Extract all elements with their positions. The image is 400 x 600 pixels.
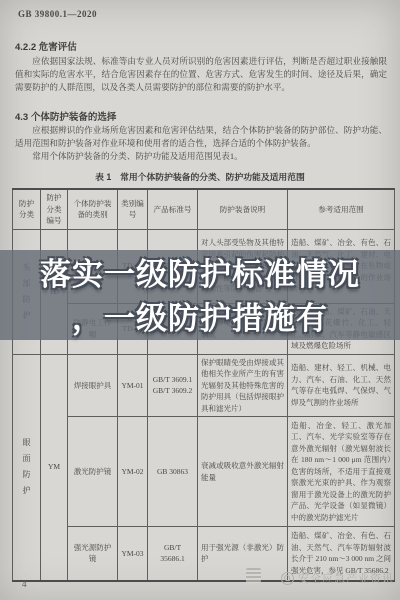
watermark: 安全应急产业资讯 [281, 570, 394, 586]
column-header-type-code: 类别编号 [118, 189, 148, 229]
ppe-classification-table: 防护分类 防护分类编号 个体防护装备的类别 类别编号 产品标准号 防护装备说明 … [12, 188, 395, 582]
document-number: GB 39800.1—2020 [18, 9, 97, 19]
table-row: 激光防护镜 YM-02 GB 30863 衰减或吸收意外激光辐射能量 造船、冶金… [13, 417, 395, 527]
section-43-paragraph-1: 应根据辨识的作业场所危害因素和危害评估结果，结合个体防护装备的防护部位、防护功能… [15, 124, 387, 150]
column-header-equipment-type: 个体防护装备的类别 [68, 189, 118, 229]
section-heading-422: 4.2.2 危害评估 [15, 39, 77, 53]
standard-cell: GB 30863 [148, 417, 198, 527]
column-header-category-code: 防护分类编号 [41, 189, 68, 229]
table-caption: 表 1 常用个体防护装备的分类、防护功能及适用范围 [0, 170, 400, 183]
type-code-cell: YM-03 [118, 527, 148, 581]
scope-cell: 造船、建材、轻工、机械、电力、汽车、石油、化工、天然气等存在电弧焊、气保焊、气焊… [288, 354, 395, 417]
section-422-paragraph: 应依据国家法规、标准等由专业人员对所识别的危害因素进行评估，判断是否超过职业接触… [15, 55, 387, 95]
column-header-category: 防护分类 [13, 189, 41, 229]
column-header-standard: 产品标准号 [148, 189, 198, 229]
equipment-name-cell: 焊接眼护具 [68, 354, 118, 417]
watermark-logo-icon [281, 572, 294, 585]
category-cell-eye-face-protection: 眼面防护 [13, 354, 41, 581]
overlay-caption-line1: 落实一级防护标准情况 [0, 253, 400, 297]
table-header-row: 防护分类 防护分类编号 个体防护装备的类别 类别编号 产品标准号 防护装备说明 … [13, 189, 395, 229]
category-code-cell: YM [41, 354, 68, 581]
type-code-cell: YM-02 [118, 417, 148, 527]
scanned-document-page: GB 39800.1—2020 4.2.2 危害评估 应依据国家法规、标准等由专… [0, 0, 400, 600]
equipment-name-cell: 强光源防护镜 [68, 527, 118, 581]
overlay-caption-line2: ，一级防护措施有 [0, 297, 400, 341]
standard-cell: GB/T 35686.1 [148, 527, 198, 581]
caption-overlay-banner: 落实一级防护标准情况 ，一级防护措施有 [0, 250, 400, 340]
standard-cell: GB/T 3609.1 GB/T 3609.2 [148, 354, 198, 417]
section-43-paragraph-2: 常用个体防护装备的分类、防护功能及适用范围见表1。 [15, 150, 387, 163]
page-number: 4 [22, 579, 27, 589]
column-header-description: 防护装备说明 [198, 189, 288, 229]
watermark-brand-text: 安全应急产业资讯 [298, 570, 394, 586]
overlay-caption-text: 落实一级防护标准情况 ，一级防护措施有 [0, 253, 400, 341]
description-cell: 衰减或吸收意外激光辐射能量 [198, 417, 288, 527]
column-header-scope: 参考适用范围 [288, 189, 395, 229]
description-cell: 用于强光源（非激光）防护 [198, 527, 288, 581]
section-heading-43: 4.3 个体防护装备的选择 [15, 109, 116, 123]
type-code-cell: YM-01 [118, 354, 148, 417]
scope-cell: 造船、冶金、轻工、激光加工、汽车、光学实验室等存在意外激光辐射（激光辐射波长在 … [288, 417, 395, 527]
table-row: 眼面防护 YM 焊接眼护具 YM-01 GB/T 3609.1 GB/T 360… [13, 354, 395, 417]
stamp-icon [246, 568, 261, 583]
equipment-name-cell: 激光防护镜 [68, 417, 118, 527]
description-cell: 保护眼睛免受由焊接或其他相关作业所产生的有害光辐射及其他特殊危害的防护用具（包括… [198, 354, 288, 417]
